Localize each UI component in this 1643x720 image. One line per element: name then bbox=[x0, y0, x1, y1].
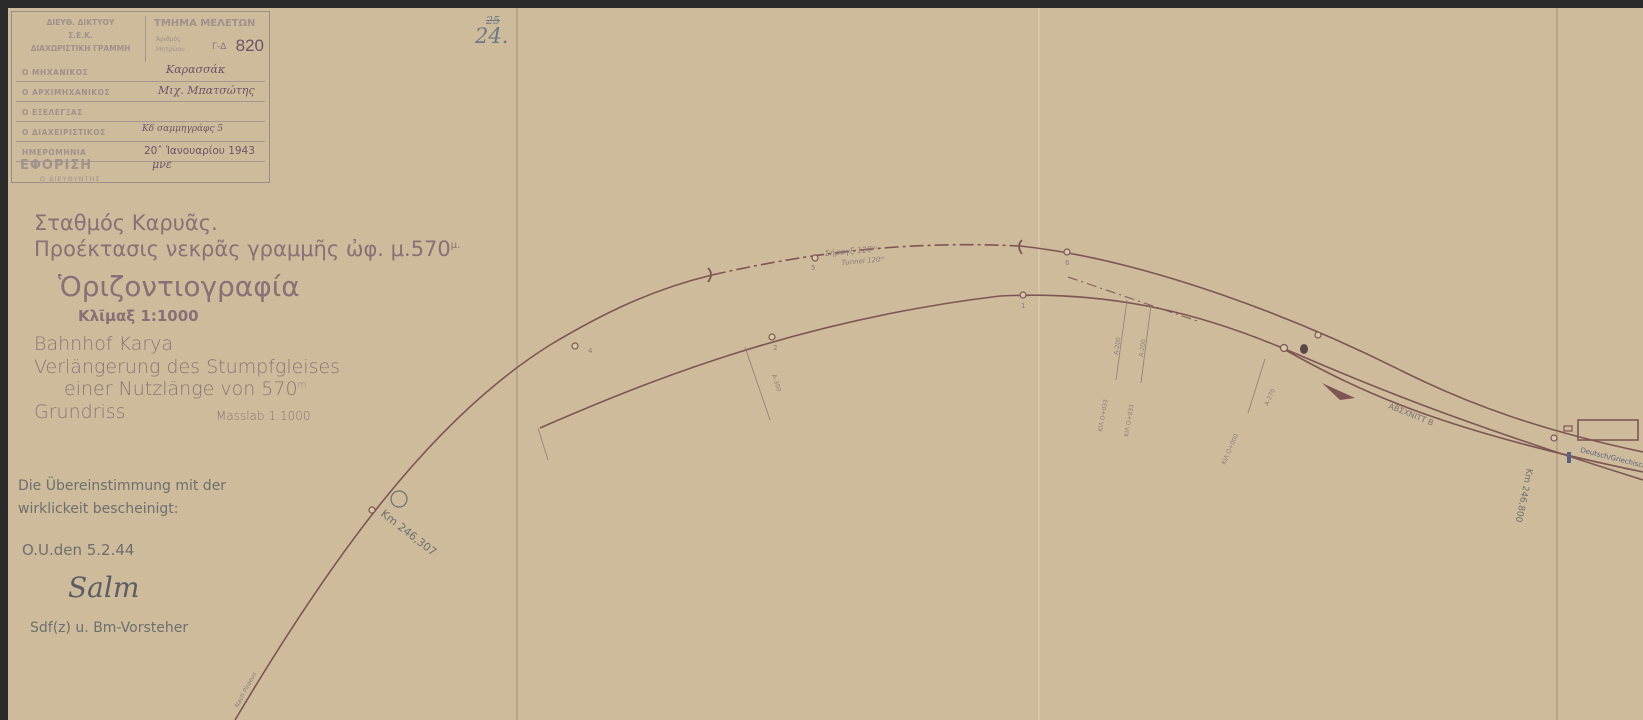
small-structure bbox=[1564, 426, 1572, 431]
survey-point-2 bbox=[769, 334, 775, 340]
offset-line bbox=[538, 428, 548, 460]
signal-mast-icon bbox=[1300, 344, 1308, 354]
top-border bbox=[0, 0, 1643, 8]
tunnel-label-german: Tunnel 120ᵐ bbox=[841, 255, 885, 267]
km-label-west: Km 246,307 bbox=[378, 507, 439, 558]
survey-point-6 bbox=[1064, 249, 1070, 255]
offset-line bbox=[745, 347, 770, 420]
kil-label: ΚΙΛ Ο+000 bbox=[1220, 433, 1240, 466]
km-point-west bbox=[369, 507, 375, 513]
drawing-sheet: ΔΙΕΥΘ. ΔΙΚΤΥΟΥ Σ.Ε.Κ. ΔΙΑΧΩΡΙΣΤΙΚΗ ΓΡΑΜΜ… bbox=[8, 8, 1643, 720]
survey-point-4 bbox=[572, 343, 578, 349]
tunnel-portal-east bbox=[1019, 240, 1022, 254]
left-border bbox=[0, 0, 8, 720]
switch-frog-icon bbox=[1322, 383, 1355, 400]
survey-point-station bbox=[1551, 435, 1557, 441]
offset-line bbox=[1248, 359, 1265, 413]
curve-label: Α-200 bbox=[1113, 337, 1122, 356]
point-label: 1 bbox=[1021, 302, 1025, 310]
alignment-line bbox=[1068, 277, 1200, 322]
survey-point-3 bbox=[1315, 332, 1321, 338]
kil-label: ΚΙΛ Ο+033 bbox=[1123, 404, 1136, 438]
station-building bbox=[1578, 420, 1638, 440]
siding-track bbox=[540, 295, 1643, 480]
curve-label: Α-200 bbox=[1138, 339, 1147, 358]
survey-point-1 bbox=[1020, 292, 1026, 298]
main-track bbox=[550, 275, 712, 345]
signal-icon bbox=[1567, 452, 1571, 463]
curve-label: Α-300 bbox=[770, 373, 782, 392]
marker-circle-icon bbox=[391, 491, 407, 507]
kil-label: ΚΙΛ Ο+033 bbox=[1097, 399, 1110, 433]
point-label: 5 bbox=[811, 264, 815, 272]
main-track bbox=[235, 345, 550, 720]
survey-point-switch bbox=[1281, 345, 1288, 352]
km-label-east: Km 246,800 bbox=[1513, 467, 1534, 523]
survey-point-5 bbox=[812, 255, 818, 261]
track-plan: 4 2 5 1 6 Σήραγξ 120ᵐ Tunnel 120ᵐ Km 246… bbox=[8, 8, 1643, 720]
curve-label: Α-270 bbox=[1263, 388, 1277, 407]
point-label: 4 bbox=[588, 347, 593, 355]
point-label: 6 bbox=[1065, 259, 1070, 267]
point-label: 2 bbox=[773, 344, 777, 352]
